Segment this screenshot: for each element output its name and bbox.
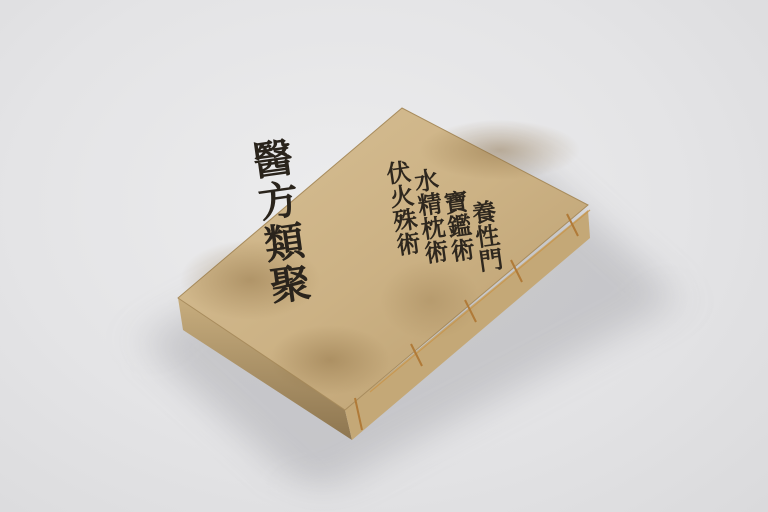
book xyxy=(0,0,768,512)
photo-scene: 醫方類聚 養性門 寶鑑術 水精枕術 伏火殊術 xyxy=(0,0,768,512)
